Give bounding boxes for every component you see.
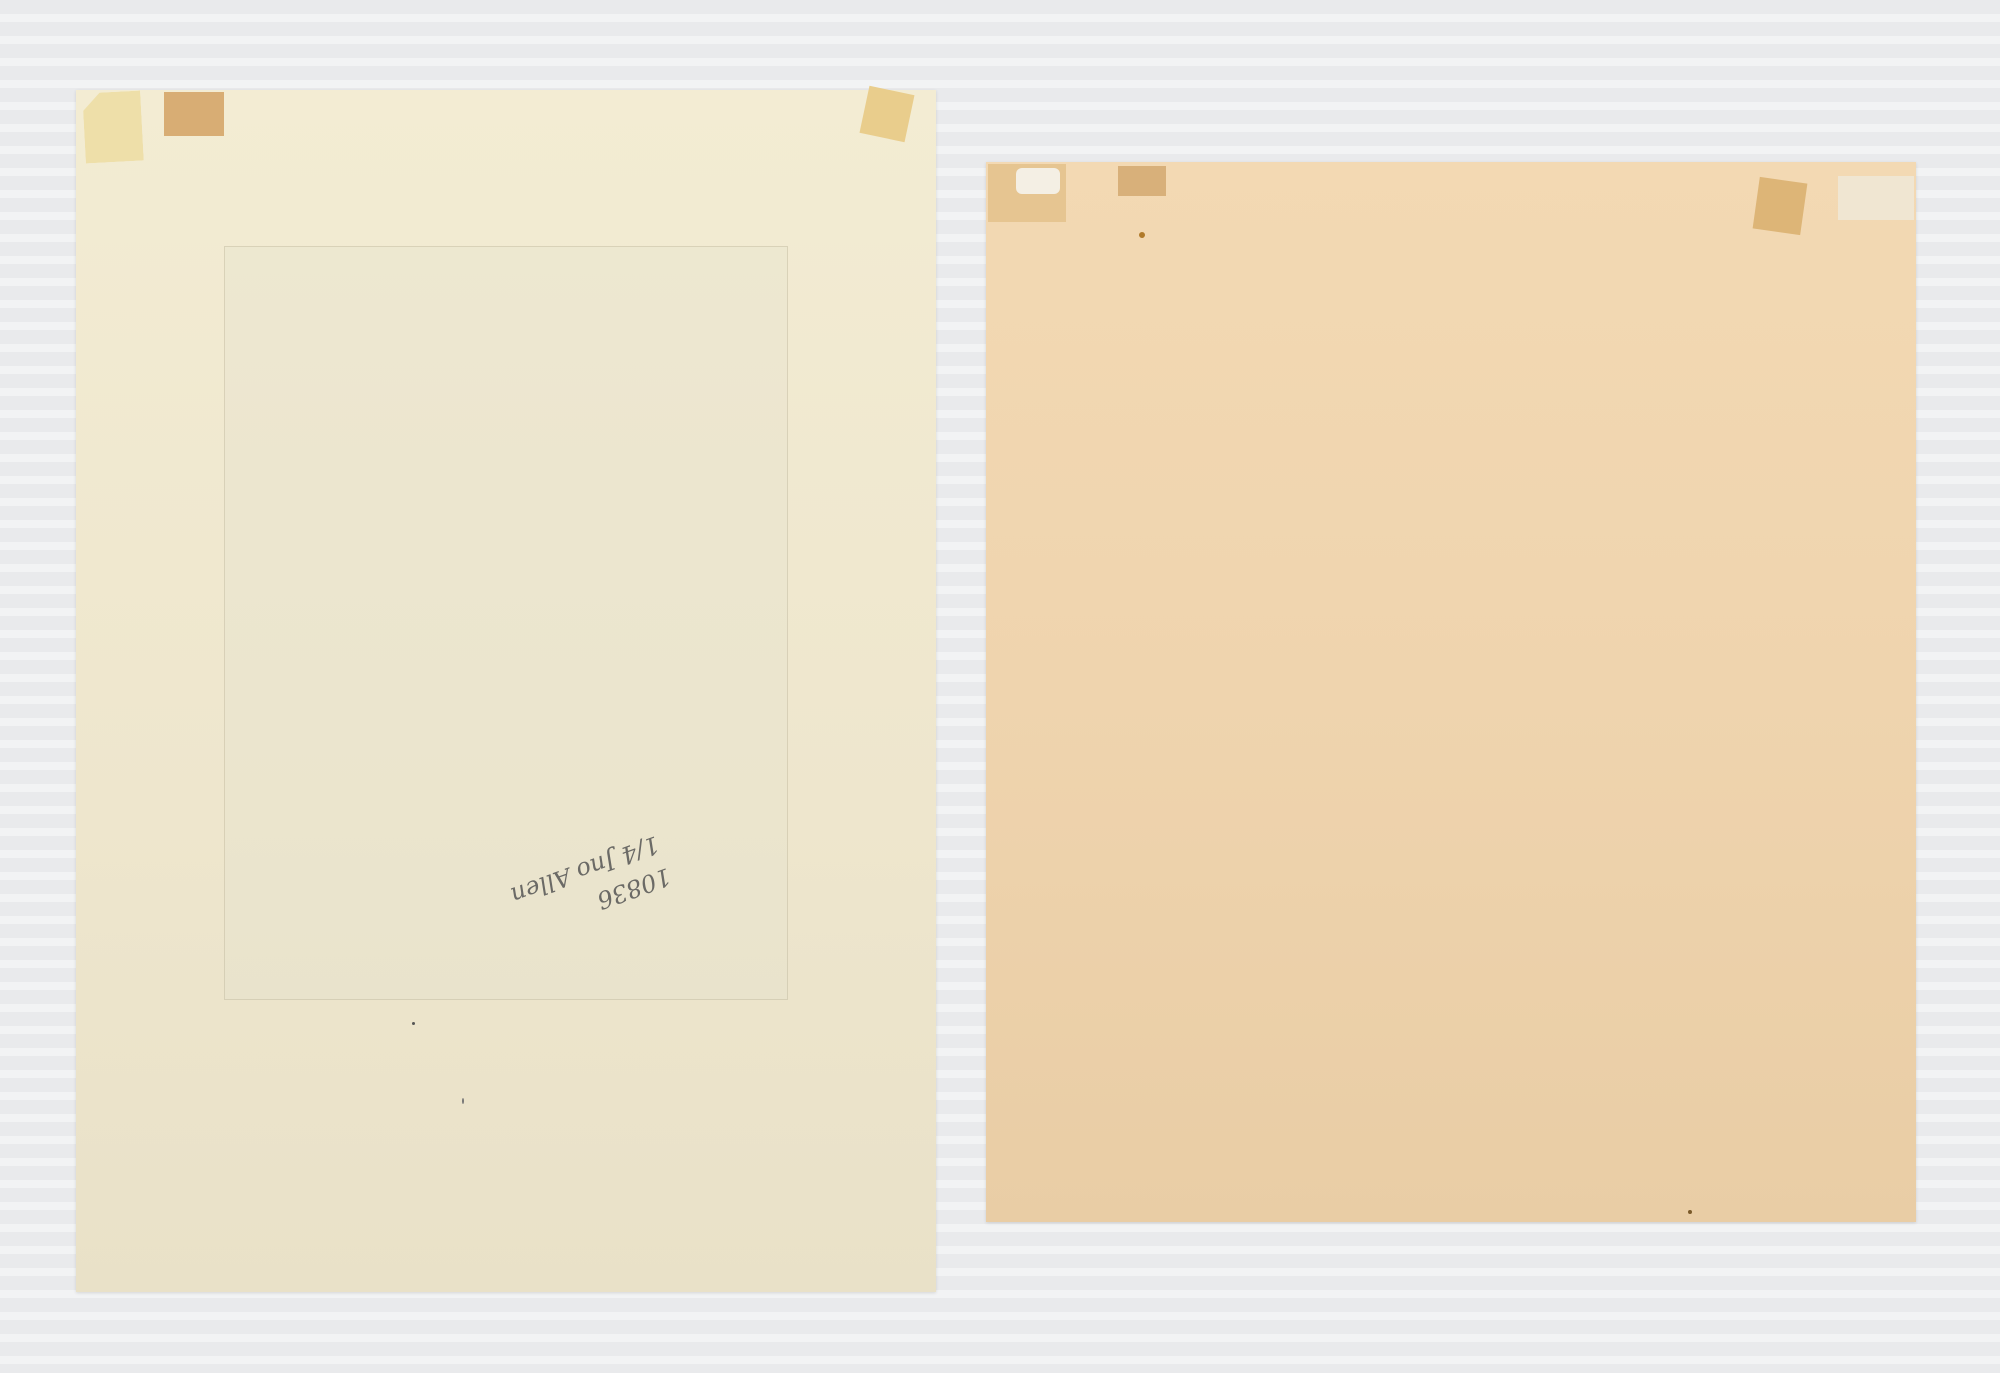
foxing-spot — [1688, 1210, 1692, 1214]
tape-piece — [860, 86, 915, 143]
tape-piece — [1753, 177, 1808, 235]
right-paper-sheet — [986, 162, 1916, 1222]
foxing-spot — [1139, 232, 1145, 238]
pencil-mark — [462, 1098, 464, 1104]
tape-piece — [1118, 166, 1166, 196]
pencil-mark — [412, 1022, 415, 1025]
torn-paper-residue — [1838, 176, 1914, 220]
tape-piece — [82, 91, 144, 164]
torn-paper-residue — [1016, 168, 1060, 194]
left-paper-sheet: 10836 1/4 Jno Allen — [76, 90, 936, 1292]
tape-piece — [164, 92, 224, 136]
